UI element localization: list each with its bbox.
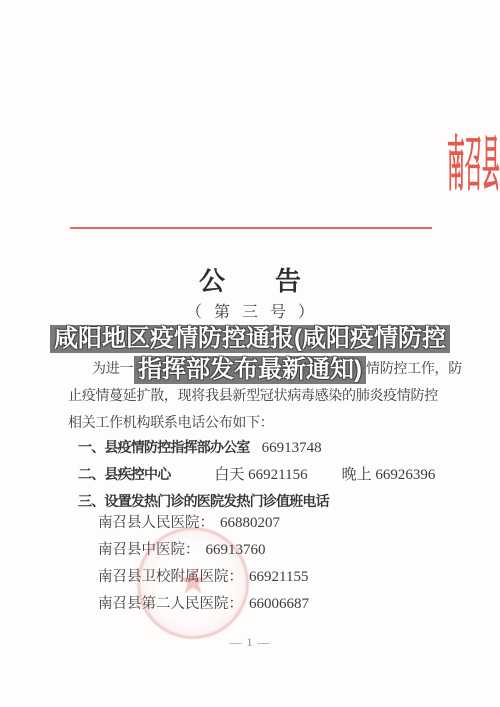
- caption-overlay-row: 指挥部发布最新通知): [0, 356, 500, 387]
- hospital-phone: 66880207: [220, 515, 280, 531]
- hospital-row: 南召县中医院：66913760: [98, 540, 266, 560]
- letterhead-banner: 南召县新型冠状病毒感染的肺炎防控指挥部文件: [0, 130, 500, 200]
- list-item-cdc-label: 二、县疾控中心: [78, 466, 170, 482]
- list-item-cdc-day-phone: 白天 66921156: [214, 467, 307, 483]
- hospital-row: 南召县卫校附属医院：66921155: [98, 567, 308, 587]
- letterhead-divider: [70, 227, 432, 229]
- hospital-name: 南召县卫校附属医院：: [98, 569, 243, 585]
- document-title-char-right: 告: [275, 261, 301, 298]
- document-title-char-left: 公: [199, 261, 225, 298]
- hospital-name: 南召县第二人民医院：: [98, 596, 243, 612]
- caption-overlay-line-1: 咸阳地区疫情防控通报(咸阳疫情防控: [50, 325, 450, 353]
- letterhead-title: 南召县新型冠状病毒感染的肺炎防控指挥部文件: [447, 130, 500, 200]
- list-item-cdc: 二、县疾控中心白天 66921156晚上 66926396: [78, 464, 435, 484]
- hospital-phone: 66913760: [206, 542, 266, 558]
- caption-overlay-row: 咸阳地区疫情防控通报(咸阳疫情防控: [0, 325, 500, 356]
- caption-overlay-line-2: 指挥部发布最新通知): [134, 356, 366, 384]
- hospital-name: 南召县人民医院：: [98, 515, 214, 531]
- list-item-office-label: 一、县疫情防控指挥部办公室: [78, 439, 250, 455]
- hospital-phone: 66006687: [249, 596, 309, 612]
- document-page: 南召县新型冠状病毒感染的肺炎防控指挥部文件 公 告 （第三号） ★ 为进一步做好…: [0, 0, 500, 707]
- list-item-fever-clinics-label: 三、设置发热门诊的医院发热门诊值班电话: [78, 493, 329, 509]
- document-title: 公 告: [0, 261, 500, 298]
- page-number: — 1 —: [0, 635, 500, 650]
- hospital-row: 南召县人民医院：66880207: [98, 513, 280, 533]
- body-line-2: 止疫情蔓延扩散，现将我县新型冠状病毒感染的肺炎疫情防控: [68, 383, 440, 410]
- list-item-office-phone: 66913748: [262, 440, 322, 456]
- hospital-row: 南召县第二人民医院：66006687: [98, 594, 309, 614]
- document-number: （第三号）: [0, 299, 500, 322]
- hospital-name: 南召县中医院：: [98, 542, 200, 558]
- list-item-office: 一、县疫情防控指挥部办公室66913748: [78, 437, 322, 457]
- list-item-cdc-night-phone: 晚上 66926396: [342, 467, 436, 483]
- body-line-3: 相关工作机构联系电话公布如下：: [68, 410, 440, 437]
- hospital-phone: 66921155: [249, 569, 308, 585]
- caption-overlay: 咸阳地区疫情防控通报(咸阳疫情防控 指挥部发布最新通知): [0, 325, 500, 387]
- list-item-fever-clinics: 三、设置发热门诊的医院发热门诊值班电话: [78, 491, 329, 511]
